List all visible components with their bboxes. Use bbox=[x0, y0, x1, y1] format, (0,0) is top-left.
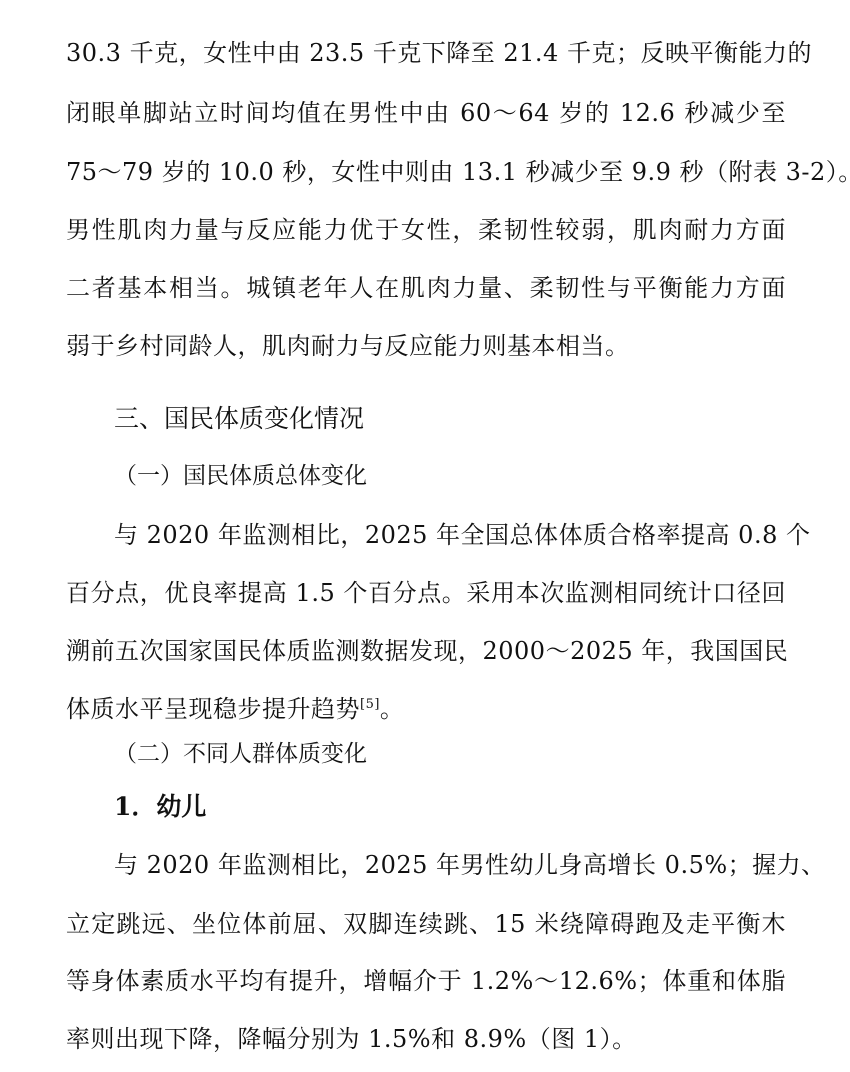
paragraph-line: 弱于乡村同龄人，肌肉耐力与反应能力则基本相当。 bbox=[66, 331, 786, 361]
paragraph-line: 与 2020 年监测相比，2025 年全国总体体质合格率提高 0.8 个 bbox=[114, 520, 786, 550]
paragraph-line: 溯前五次国家国民体质监测数据发现，2000～2025 年，我国国民 bbox=[66, 636, 786, 666]
paragraph-line: 闭眼单脚站立时间均值在男性中由 60～64 岁的 12.6 秒减少至 bbox=[66, 98, 786, 128]
paragraph-line: 立定跳远、坐位体前屈、双脚连续跳、15 米绕障碍跑及走平衡木 bbox=[66, 909, 786, 939]
subsection-heading: （二）不同人群体质变化 bbox=[114, 739, 367, 769]
paragraph-line: 率则出现下降，降幅分别为 1.5%和 8.9%（图 1）。 bbox=[66, 1024, 786, 1054]
paragraph-line: 等身体素质水平均有提升，增幅介于 1.2%～12.6%；体重和体脂 bbox=[66, 966, 786, 996]
paragraph-line: 75～79 岁的 10.0 秒，女性中则由 13.1 秒减少至 9.9 秒（附表… bbox=[66, 157, 786, 187]
paragraph-line: 男性肌肉力量与反应能力优于女性，柔韧性较弱，肌肉耐力方面 bbox=[66, 215, 786, 245]
subsection-heading: （一）国民体质总体变化 bbox=[114, 461, 367, 491]
paragraph-line: 与 2020 年监测相比，2025 年男性幼儿身高增长 0.5%；握力、 bbox=[114, 850, 786, 880]
paragraph-line: 30.3 千克，女性中由 23.5 千克下降至 21.4 千克；反映平衡能力的 bbox=[66, 38, 786, 68]
section-heading: 三、国民体质变化情况 bbox=[114, 404, 364, 434]
citation-reference: [5] bbox=[360, 697, 380, 712]
paragraph-text: 。 bbox=[380, 695, 405, 723]
document-page: 30.3 千克，女性中由 23.5 千克下降至 21.4 千克；反映平衡能力的 … bbox=[0, 0, 850, 1072]
item-heading: 1．幼儿 bbox=[114, 792, 206, 822]
paragraph-line: 百分点，优良率提高 1.5 个百分点。采用本次监测相同统计口径回 bbox=[66, 578, 786, 608]
paragraph-line: 体质水平呈现稳步提升趋势[5]。 bbox=[66, 694, 786, 724]
paragraph-text: 体质水平呈现稳步提升趋势 bbox=[66, 695, 360, 723]
paragraph-line: 二者基本相当。城镇老年人在肌肉力量、柔韧性与平衡能力方面 bbox=[66, 273, 786, 303]
